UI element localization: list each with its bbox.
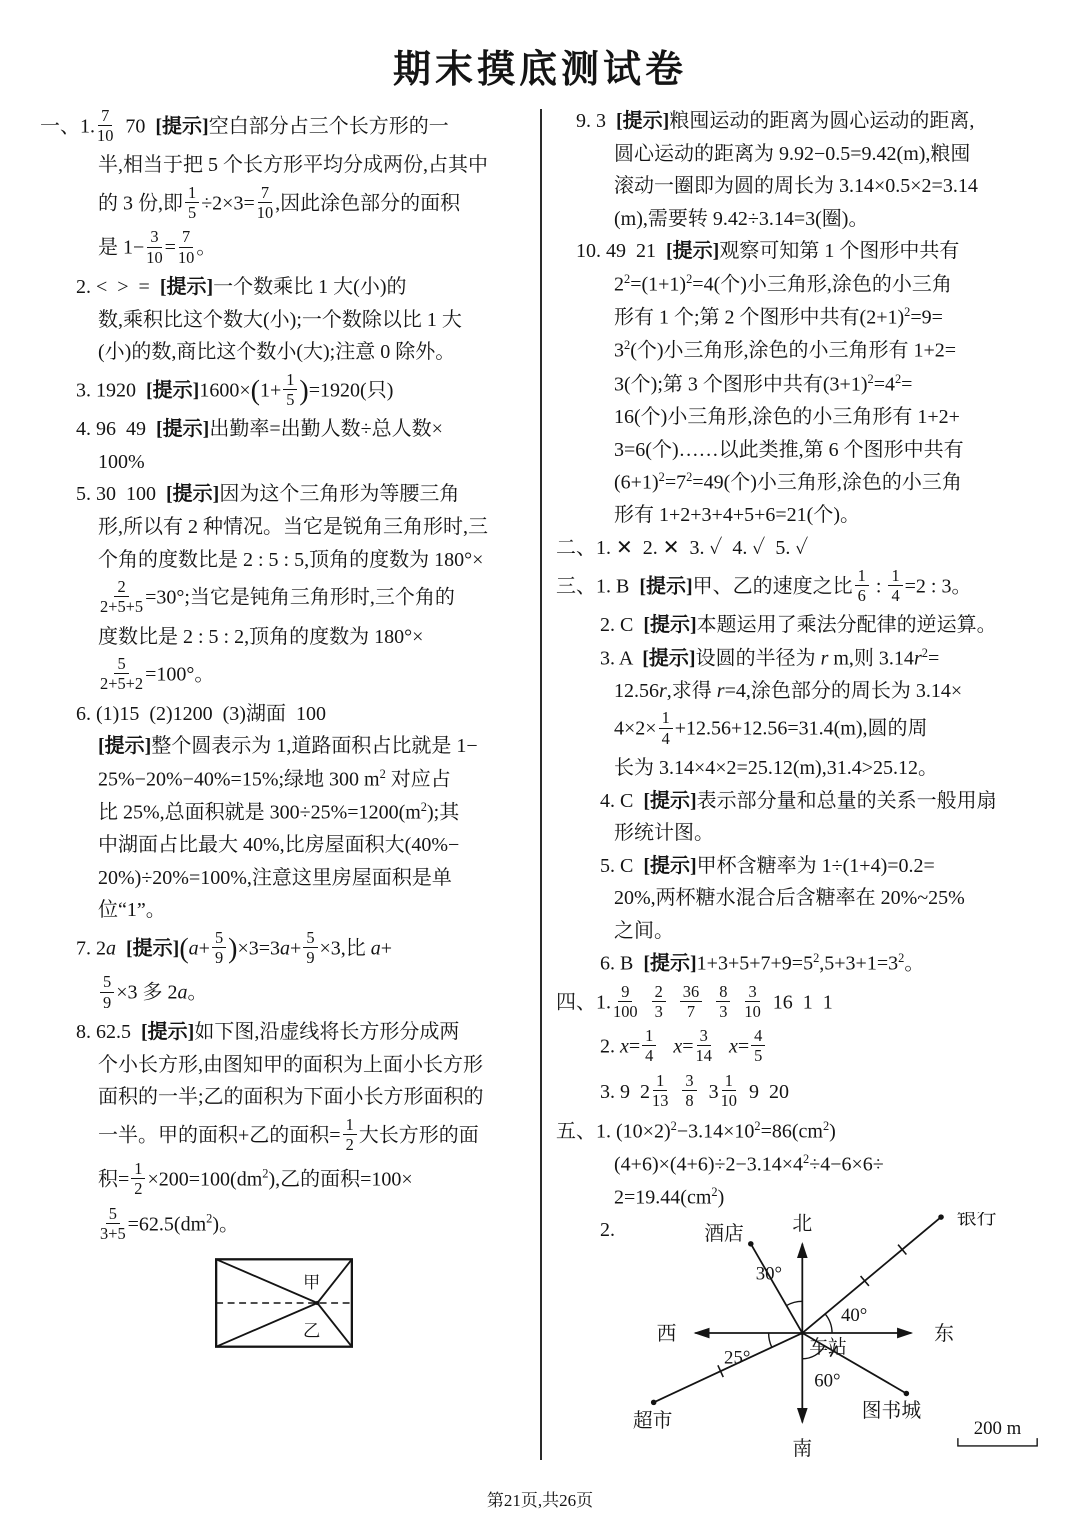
- text: =: [738, 1035, 749, 1057]
- text-line: 半,相当于把 5 个长方形平均分成两份,占其中: [98, 153, 530, 179]
- text-line: 3. A [提示]设圆的半径为 r m,则 3.14r2=: [600, 646, 1076, 672]
- text: 8. 62.5: [76, 1021, 141, 1043]
- text-line: 比 25%,总面积就是 300÷25%=1200(m2);其: [98, 800, 530, 826]
- text: 积=: [98, 1168, 129, 1190]
- text: 甲、乙的速度之比: [693, 575, 853, 597]
- fraction: 710: [178, 228, 194, 265]
- fraction: 15: [283, 371, 297, 408]
- bookcity-dot: [904, 1391, 910, 1397]
- south-label: 南: [792, 1438, 812, 1460]
- text: );其: [427, 802, 459, 824]
- text-line: 6. B [提示]1+3+5+7+9=52,5+3+1=32。: [600, 951, 1076, 977]
- text-line: 4. 96 49 [提示]出勤率=出勤人数÷总人数×: [76, 417, 530, 443]
- hint-label: [提示]: [160, 276, 213, 298]
- text-line: 五、1. (10×2)2−3.14×102=86(cm2): [556, 1119, 1076, 1145]
- text-line: 数,乘积比这个数大(小);一个数除以比 1 大: [98, 308, 530, 334]
- text-line: 22+5+5=30°;当它是钝角三角形时,三个角的: [98, 580, 530, 617]
- text: 之间。: [614, 920, 674, 942]
- text: [668, 991, 678, 1013]
- text: =2 : 3。: [905, 575, 972, 597]
- text-line: (m),需要转 9.42÷3.14=3(圈)。: [614, 207, 1076, 233]
- text: 2: [614, 274, 624, 296]
- bank-label: 银行: [957, 1212, 997, 1229]
- text: 五、1. (10×2): [556, 1120, 671, 1142]
- text: 3(个);第 3 个图形中共有(3+1): [614, 373, 867, 395]
- text: [658, 1035, 673, 1057]
- text: [732, 991, 742, 1013]
- text: =7: [665, 472, 686, 494]
- variable: a: [106, 937, 116, 959]
- mixed-number: 3110: [709, 1074, 739, 1111]
- text-line: 形有 1+2+3+4+5+6=21(个)。: [614, 503, 1076, 529]
- text: =: [629, 1035, 640, 1057]
- text: 度数比是 2 : 5 : 2,顶角的度数为 180°×: [98, 626, 423, 648]
- text: =4,涂色部分的周长为 3.14×: [725, 680, 963, 702]
- fraction: 52+5+2: [100, 655, 143, 692]
- text: 比 25%,总面积就是 300÷25%=1200(m: [98, 802, 421, 824]
- fraction: 59: [212, 929, 226, 966]
- text-line: 一半。甲的面积+乙的面积=12大长方形的面: [98, 1118, 530, 1155]
- text: (4+6)×(4+6)÷2−3.14×4: [614, 1154, 803, 1176]
- supermarket-label: 超市: [633, 1411, 673, 1433]
- text: +12.56+12.56=31.4(m),圆的周: [675, 718, 928, 740]
- scale-label: 200 m: [974, 1418, 1022, 1439]
- two-column-layout: 一、1.710 70 [提示]空白部分占三个长方形的一半,相当于把 5 个长方形…: [0, 109, 1080, 1460]
- meeting-point: [315, 1301, 319, 1305]
- fraction: 23: [652, 983, 666, 1020]
- text: 因为这个三角形为等腰三角: [219, 483, 459, 505]
- text-line: 53+5=62.5(dm2)。: [98, 1207, 530, 1244]
- text: 3. A: [600, 647, 642, 669]
- fraction: 113: [652, 1072, 668, 1109]
- hint-label: [提示]: [156, 418, 209, 440]
- text: 形有 1 个;第 2 个图形中共有(2+1): [614, 307, 904, 329]
- text: 如下图,沿虚线将长方形分成两: [194, 1021, 459, 1043]
- text-line: 3(个);第 3 个图形中共有(3+1)2=42=: [614, 372, 1076, 398]
- hint-label: [提示]: [666, 240, 719, 262]
- fraction: 59: [303, 929, 317, 966]
- text: 表示部分量和总量的关系一般用扇: [697, 790, 997, 812]
- text-line: 二、1. ✕ 2. ✕ 3. ✓ 4. ✓ 5. ✓: [556, 536, 1076, 562]
- text: 16 1 1: [763, 991, 833, 1013]
- text: 6. B: [600, 953, 643, 975]
- angle-40-label: 40°: [841, 1306, 867, 1327]
- text: 3. 1920: [76, 379, 146, 401]
- text-line: 2. x=14 x=314 x=45: [600, 1029, 1076, 1066]
- fraction: 16: [855, 567, 869, 604]
- text-line: 2. C [提示]本题运用了乘法分配律的逆运算。: [600, 613, 1076, 639]
- fraction: 14: [659, 709, 673, 746]
- text: =1920(只): [309, 379, 394, 401]
- big-paren: ): [299, 375, 308, 406]
- text: 半,相当于把 5 个长方形平均分成两份,占其中: [98, 154, 488, 176]
- angle-25-label: 25°: [724, 1348, 750, 1369]
- fraction: 12: [343, 1116, 357, 1153]
- text: (小)的数,商比这个数小(大);注意 0 除外。: [98, 341, 455, 363]
- text: =30°;当它是钝角三角形时,三个角的: [145, 586, 455, 608]
- text: 长为 3.14×4×2=25.12(m),31.4>25.12。: [614, 757, 938, 779]
- text: 整个圆表示为 1,道路面积占比就是 1−: [151, 735, 477, 757]
- hint-label: [提示]: [126, 937, 179, 959]
- text-line: 长为 3.14×4×2=25.12(m),31.4>25.12。: [614, 756, 1076, 782]
- text: (个)小三角形,涂色的小三角形有 1+2=: [630, 340, 956, 362]
- hotel-dot: [748, 1241, 754, 1247]
- angle-30-label: 30°: [756, 1264, 782, 1285]
- text: =: [682, 1035, 693, 1057]
- hint-label: [提示]: [155, 115, 208, 137]
- text-line: 滚动一圈即为圆的周长为 3.14×0.5×2=3.14: [614, 174, 1076, 200]
- text: ×3 多 2: [116, 982, 177, 1004]
- fraction: 367: [680, 983, 702, 1020]
- text: =62.5(dm: [128, 1213, 207, 1235]
- text: 9 20: [739, 1081, 789, 1103]
- text: 本题运用了乘法分配律的逆运算。: [697, 614, 997, 636]
- diagonal-bottomright: [317, 1303, 352, 1347]
- text: 个小长方形,由图知甲的面积为上面小长方形: [98, 1054, 483, 1076]
- text: 设圆的半径为: [696, 647, 821, 669]
- text: 70: [115, 115, 155, 137]
- compass-diagram: 北 南 西 东 酒店 银行 超市 图书城 车站 30° 40° 25° 60° …: [619, 1212, 1055, 1460]
- text: 100%: [98, 451, 145, 473]
- text: 的 3 份,即: [98, 192, 183, 214]
- arc-30: [786, 1302, 802, 1306]
- text: =9=: [910, 307, 943, 329]
- text: +: [199, 937, 210, 959]
- text-line: 度数比是 2 : 5 : 2,顶角的度数为 180°×: [98, 625, 530, 651]
- text: 5. C: [600, 855, 643, 877]
- fraction: 53+5: [100, 1205, 126, 1242]
- text: [714, 1035, 729, 1057]
- text: =4: [874, 373, 895, 395]
- variable: x: [673, 1035, 682, 1057]
- text-line: 25%−20%−40%=15%;绿地 300 m2 对应占: [98, 767, 530, 793]
- text: (m),需要转 9.42÷3.14=3(圈)。: [614, 208, 868, 230]
- text: [670, 1081, 680, 1103]
- fraction: 45: [751, 1027, 765, 1064]
- text: 对应占: [386, 768, 451, 790]
- fraction: 15: [185, 184, 199, 221]
- fraction: 14: [642, 1027, 656, 1064]
- angle-60-label: 60°: [814, 1371, 840, 1392]
- hint-label: [提示]: [642, 647, 695, 669]
- text: 一、1.: [40, 115, 95, 137]
- text: 。: [904, 953, 924, 975]
- text-line: 3=6(个)……以此类推,第 6 个图形中共有: [614, 438, 1076, 464]
- text: +: [381, 937, 392, 959]
- hint-label: [提示]: [643, 614, 696, 636]
- text: =: [901, 373, 912, 395]
- hint-label: [提示]: [643, 855, 696, 877]
- fraction: 12: [131, 1160, 145, 1197]
- compass-diagram-row: 2. 北 南 西 东: [556, 1218, 1076, 1460]
- text: ÷2×3=: [201, 192, 255, 214]
- text: ÷4−6×6÷: [809, 1154, 884, 1176]
- text: =4(个)小三角形,涂色的小三角: [692, 274, 952, 296]
- text-line: 形,所以有 2 种情况。当它是锐角三角形时,三: [98, 515, 530, 541]
- text: 面积的一半;乙的面积为下面小长方形面积的: [98, 1086, 484, 1108]
- text-line: (4+6)×(4+6)÷2−3.14×42÷4−6×6÷: [614, 1152, 1076, 1178]
- left-column: 一、1.710 70 [提示]空白部分占三个长方形的一半,相当于把 5 个长方形…: [0, 109, 540, 1460]
- north-label: 北: [792, 1213, 812, 1235]
- big-paren: (: [179, 934, 188, 965]
- text-line: 20%,两杯糖水混合后含糖率在 20%~25%: [614, 886, 1076, 912]
- bank-dot: [938, 1215, 944, 1221]
- text-line: 四、1.9100 23 367 83 310 16 1 1: [556, 985, 1076, 1022]
- text: 4×2×: [614, 718, 657, 740]
- text-line: 100%: [98, 450, 530, 476]
- text: :: [871, 575, 887, 597]
- hint-label: [提示]: [643, 790, 696, 812]
- text: [704, 991, 714, 1013]
- station-dot: [800, 1331, 804, 1335]
- text-line: 6. (1)15 (2)1200 (3)湖面 100: [76, 702, 530, 728]
- text-line: 20%)÷20%=100%,注意这里房屋面积是单: [98, 866, 530, 892]
- scale-bracket: [958, 1438, 1037, 1446]
- text: 4. C: [600, 790, 643, 812]
- text-line: 位“1”。: [98, 898, 530, 924]
- text-line: 的 3 份,即15÷2×3=710,因此涂色部分的面积: [98, 186, 530, 223]
- text: 6. (1)15 (2)1200 (3)湖面 100: [76, 703, 326, 725]
- rectangle-diagram-wrapper: 甲 乙: [215, 1258, 355, 1353]
- text: =86(cm: [761, 1120, 823, 1142]
- text: +: [290, 937, 301, 959]
- text: 观察可知第 1 个图形中共有: [719, 240, 959, 262]
- variable: a: [280, 937, 290, 959]
- text-line: 59×3 多 2a。: [98, 975, 530, 1012]
- text: 形,所以有 2 种情况。当它是锐角三角形时,三: [98, 516, 488, 538]
- text: 4. 96 49: [76, 418, 156, 440]
- text: 2. C: [600, 614, 643, 636]
- text-line: 3. 1920 [提示]1600×(1+15)=1920(只): [76, 373, 530, 410]
- text-line: 16(个)小三角形,涂色的小三角形有 1+2+: [614, 405, 1076, 431]
- text: [116, 937, 126, 959]
- text-line: 5. 30 100 [提示]因为这个三角形为等腰三角: [76, 482, 530, 508]
- text-line: 12.56r,求得 r=4,涂色部分的周长为 3.14×: [614, 679, 1076, 705]
- text: ×3=3: [237, 937, 280, 959]
- text: 形统计图。: [614, 822, 714, 844]
- hint-label: [提示]: [141, 1021, 194, 1043]
- text: ,求得: [667, 680, 717, 702]
- variable: r: [659, 680, 667, 702]
- text: 中湖面占比最大 40%,比房屋面积大(40%−: [98, 834, 459, 856]
- fraction: 310: [744, 983, 760, 1020]
- label-yi: 乙: [303, 1321, 320, 1340]
- fraction: 710: [97, 107, 113, 144]
- text: (6+1): [614, 472, 659, 494]
- hint-label: [提示]: [616, 110, 669, 132]
- text: 3=6(个)……以此类推,第 6 个图形中共有: [614, 439, 964, 461]
- text: 20%,两杯糖水混合后含糖率在 20%~25%: [614, 887, 965, 909]
- text-line: 10. 49 21 [提示]观察可知第 1 个图形中共有: [576, 239, 1076, 265]
- hint-label: [提示]: [639, 575, 692, 597]
- diagonal-topright: [317, 1259, 352, 1303]
- text: m,则 3.14: [828, 647, 914, 669]
- fraction: 710: [257, 184, 273, 221]
- text: 1+: [260, 379, 281, 401]
- text-line: 22=(1+1)2=4(个)小三角形,涂色的小三角: [614, 272, 1076, 298]
- variable: a: [189, 937, 199, 959]
- text-line: 9. 3 [提示]粮囤运动的距离为圆心运动的距离,: [576, 109, 1076, 135]
- text: 。: [196, 237, 216, 259]
- text: 圆心运动的距离为 9.92−0.5=9.42(m),粮囤: [614, 143, 970, 165]
- item-2-label: 2.: [600, 1218, 615, 1244]
- text-line: 积=12×200=100(dm2),乙的面积=100×: [98, 1162, 530, 1199]
- text: 2.: [600, 1035, 620, 1057]
- hint-label: [提示]: [166, 483, 219, 505]
- text-line: 圆心运动的距离为 9.92−0.5=9.42(m),粮囤: [614, 142, 1076, 168]
- supermarket-dot: [651, 1400, 657, 1406]
- hotel-label: 酒店: [704, 1223, 744, 1245]
- text: =(1+1): [630, 274, 686, 296]
- text-line: 8. 62.5 [提示]如下图,沿虚线将长方形分成两: [76, 1020, 530, 1046]
- text-line: 形统计图。: [614, 821, 1076, 847]
- text: 个角的度数比是 2 : 5 : 5,顶角的度数为 180°×: [98, 549, 483, 571]
- text: 20%)÷20%=100%,注意这里房屋面积是单: [98, 867, 452, 889]
- text: ,因此涂色部分的面积: [275, 192, 460, 214]
- fraction: 22+5+5: [100, 578, 143, 615]
- text: 2=19.44(cm: [614, 1187, 711, 1209]
- text-line: 是 1−310=710。: [98, 230, 530, 267]
- fraction: 310: [146, 228, 162, 265]
- text: 是 1−: [98, 237, 144, 259]
- arc-25: [769, 1333, 772, 1347]
- text: ×3,比: [320, 937, 371, 959]
- text: 1+3+5+7+9=5: [697, 953, 813, 975]
- text: 二、1. ✕ 2. ✕ 3. ✓ 4. ✓ 5. ✓: [556, 537, 808, 559]
- right-column: 9. 3 [提示]粮囤运动的距离为圆心运动的距离,圆心运动的距离为 9.92−0…: [540, 109, 1080, 1460]
- text: ×200=100(dm: [147, 1168, 262, 1190]
- variable: a: [371, 937, 381, 959]
- rectangle-diagram: 甲 乙: [215, 1258, 353, 1348]
- hotel-ray: [751, 1244, 803, 1333]
- fraction: 9100: [613, 983, 638, 1020]
- text: 三、1. B: [556, 575, 639, 597]
- text: 一个数乘比 1 大(小)的: [213, 276, 406, 298]
- text-line: 一、1.710 70 [提示]空白部分占三个长方形的一: [40, 109, 530, 146]
- text: 16(个)小三角形,涂色的小三角形有 1+2+: [614, 406, 960, 428]
- text-line: 52+5+2=100°。: [98, 657, 530, 694]
- hint-label: [提示]: [643, 953, 696, 975]
- text: 位“1”。: [98, 899, 166, 921]
- text-line: 形有 1 个;第 2 个图形中共有(2+1)2=9=: [614, 305, 1076, 331]
- text-line: 3. 9 2113 38 3110 9 20: [600, 1074, 1076, 1112]
- text: 甲杯含糖率为 1÷(1+4)=0.2=: [697, 855, 935, 877]
- page-footer: 第21页,共26页: [0, 1486, 1080, 1511]
- text: 大长方形的面: [359, 1124, 479, 1146]
- variable: r: [717, 680, 725, 702]
- fraction: 83: [716, 983, 730, 1020]
- page-title: 期末摸底测试卷: [0, 0, 1080, 93]
- hint-label: [提示]: [146, 379, 199, 401]
- text: 粮囤运动的距离为圆心运动的距离,: [669, 110, 974, 132]
- text-line: 5. C [提示]甲杯含糖率为 1÷(1+4)=0.2=: [600, 854, 1076, 880]
- text-line: (6+1)2=72=49(个)小三角形,涂色的小三角: [614, 470, 1076, 496]
- text-line: 4. C [提示]表示部分量和总量的关系一般用扇: [600, 789, 1076, 815]
- text: ): [829, 1120, 836, 1142]
- text-line: 之间。: [614, 919, 1076, 945]
- variable: x: [729, 1035, 738, 1057]
- fraction: 59: [100, 973, 114, 1010]
- fraction: 38: [682, 1072, 696, 1109]
- station-label: 车站: [809, 1336, 847, 1358]
- variable: r: [914, 647, 922, 669]
- text-line: 32(个)小三角形,涂色的小三角形有 1+2=: [614, 338, 1076, 364]
- variable: a: [177, 982, 187, 1004]
- text: 形有 1+2+3+4+5+6=21(个)。: [614, 504, 860, 526]
- text-line: 个小长方形,由图知甲的面积为上面小长方形: [98, 1053, 530, 1079]
- text-line: 三、1. B [提示]甲、乙的速度之比16 : 14=2 : 3。: [556, 569, 1076, 606]
- text: 。: [187, 982, 207, 1004]
- text-line: 中湖面占比最大 40%,比房屋面积大(40%−: [98, 833, 530, 859]
- text: ): [718, 1187, 725, 1209]
- text: 四、1.: [556, 991, 611, 1013]
- text: =: [165, 237, 176, 259]
- text: 空白部分占三个长方形的一: [209, 115, 449, 137]
- text: 一半。甲的面积+乙的面积=: [98, 1124, 341, 1146]
- text: 数,乘积比这个数大(小);一个数除以比 1 大: [98, 309, 462, 331]
- text: 3: [614, 340, 624, 362]
- text: 3. 9: [600, 1081, 640, 1103]
- fraction: 14: [888, 567, 902, 604]
- text-line: 7. 2a [提示](a+59)×3=3a+59×3,比 a+: [76, 931, 530, 968]
- fraction: 314: [696, 1027, 712, 1064]
- text-line: 面积的一半;乙的面积为下面小长方形面积的: [98, 1085, 530, 1111]
- mixed-number: 2113: [640, 1074, 670, 1111]
- text: 10. 49 21: [576, 240, 666, 262]
- text: 25%−20%−40%=15%;绿地 300 m: [98, 768, 380, 790]
- text: 5. 30 100: [76, 483, 166, 505]
- text: 2. < > =: [76, 276, 160, 298]
- text-line: (小)的数,商比这个数小(大);注意 0 除外。: [98, 340, 530, 366]
- text: 12.56: [614, 680, 659, 702]
- text: )。: [212, 1213, 239, 1235]
- bookcity-label: 图书城: [862, 1401, 922, 1423]
- text: =49(个)小三角形,涂色的小三角: [692, 472, 962, 494]
- west-label: 西: [657, 1323, 677, 1345]
- text-line: 4×2×14+12.56+12.56=31.4(m),圆的周: [614, 711, 1076, 748]
- text: −3.14×10: [677, 1120, 755, 1142]
- bank-ray: [802, 1217, 941, 1333]
- text: =: [928, 647, 939, 669]
- text: [699, 1081, 709, 1103]
- text: 1600×: [199, 379, 250, 401]
- label-jia: 甲: [303, 1273, 320, 1292]
- text-line: [提示]整个圆表示为 1,道路面积占比就是 1−: [98, 734, 530, 760]
- text: 出勤率=出勤人数÷总人数×: [209, 418, 443, 440]
- arc-40: [825, 1314, 832, 1333]
- east-label: 东: [934, 1323, 954, 1345]
- big-paren: (: [251, 375, 260, 406]
- hint-label: [提示]: [98, 735, 151, 757]
- text: 9. 3: [576, 110, 616, 132]
- variable: x: [620, 1035, 629, 1057]
- text: ),乙的面积=100×: [268, 1168, 412, 1190]
- text: 7. 2: [76, 937, 106, 959]
- text: ,5+3+1=3: [819, 953, 898, 975]
- text: =100°。: [145, 663, 214, 685]
- text: 滚动一圈即为圆的周长为 3.14×0.5×2=3.14: [614, 175, 978, 197]
- fraction: 110: [721, 1072, 737, 1109]
- text-line: 2. < > = [提示]一个数乘比 1 大(小)的: [76, 275, 530, 301]
- text-line: 2=19.44(cm2): [614, 1185, 1076, 1211]
- text-line: 个角的度数比是 2 : 5 : 5,顶角的度数为 180°×: [98, 548, 530, 574]
- text: [640, 991, 650, 1013]
